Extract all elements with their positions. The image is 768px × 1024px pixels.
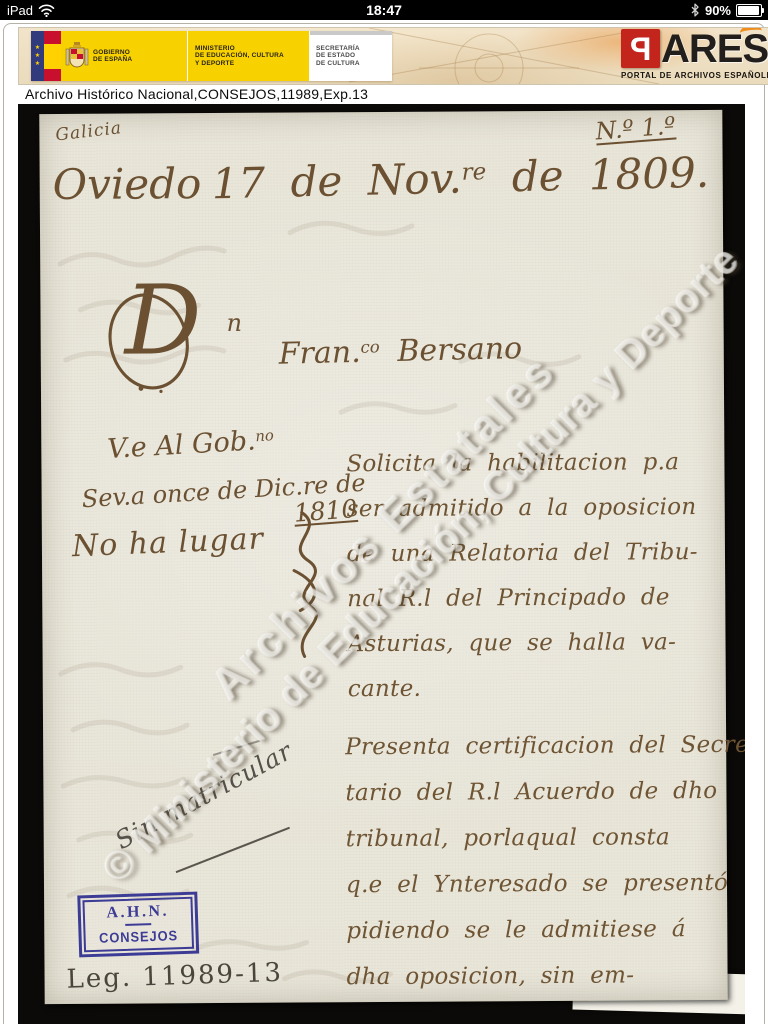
manuscript-line: q.e el Ynteresado se presentó [346, 860, 745, 909]
manuscript-line: Asturias, que se halla va- [347, 620, 698, 667]
ipad-screen: iPad 18:47 90% [0, 0, 768, 1024]
archive-reference-caption: Archivo Histórico Nacional,CONSEJOS,1198… [25, 86, 368, 102]
gray-topbar [310, 31, 392, 35]
manuscript-line: de una Relatoria del Tribu- [347, 530, 698, 577]
manuscript-line: Presenta certificacion del Secre- [345, 722, 745, 771]
gobierno-box: GOBIERNO DE ESPAÑA [61, 31, 188, 81]
stars-strip: ★★★ [31, 31, 44, 81]
stamp-line2: CONSEJOS [99, 927, 178, 946]
coat-of-arms [65, 41, 89, 71]
manuscript-line: dha oposicion, sin em- [346, 952, 745, 1001]
body-paragraph-1: Solicita la habilitacion p.aser admitido… [346, 440, 699, 712]
bluetooth-icon [690, 3, 700, 17]
manuscript-line: ser admitido a la oposicion [347, 485, 698, 532]
stamp-rule [125, 923, 151, 926]
manuscript-page: Galicia N.º 1.º Oviedo 17 de Nov.re de 1… [39, 110, 727, 1004]
manuscript-line: nal R.l del Principado de [347, 575, 698, 622]
manuscript-line: tario del R.l Acuerdo de dho [345, 768, 745, 817]
gobierno-espana-logo[interactable]: ★★★ GOBIERNO DE ESPAÑA [31, 31, 392, 81]
manuscript-line: cante. [348, 665, 699, 712]
orange-tilde-accent [739, 27, 762, 40]
manuscript-line: pidiendo se le admitiese á [346, 906, 745, 955]
pares-p-square: P [621, 29, 660, 68]
gobierno-line1: GOBIERNO [93, 49, 132, 57]
ministerio-line3: Y DEPORTE [195, 60, 284, 68]
gobierno-line2: DE ESPAÑA [93, 56, 132, 64]
ministerio-box: MINISTERIO DE EDUCACIÓN, CULTURA Y DEPOR… [188, 31, 310, 81]
manuscript-scan-viewer[interactable]: Galicia N.º 1.º Oviedo 17 de Nov.re de 1… [18, 104, 745, 1024]
secretaria-box: SECRETARÍA DE ESTADO DE CULTURA [310, 31, 392, 81]
header-banner: ★★★ GOBIERNO DE ESPAÑA [18, 27, 768, 85]
status-bar: iPad 18:47 90% [0, 0, 768, 20]
secretaria-line2: DE ESTADO [316, 52, 360, 60]
body-paragraph-2: Presenta certificacion del Secre-tario d… [345, 722, 745, 1001]
pares-logo[interactable]: P ARES PORTAL DE ARCHIVOS ESPAÑOLES [621, 29, 768, 80]
secretaria-line3: DE CULTURA [316, 60, 360, 68]
pares-subtitle: PORTAL DE ARCHIVOS ESPAÑOLES [621, 71, 768, 80]
addressee-name: Fran.co Bersano [278, 331, 522, 372]
battery-icon [736, 4, 762, 17]
stamp-line1: A.H.N. [95, 902, 181, 923]
reversed-p-glyph: P [630, 33, 651, 65]
addressee-initial-superscript: n [226, 309, 242, 337]
secretaria-line1: SECRETARÍA [316, 45, 360, 53]
manuscript-line: tribunal, porlaqual consta [346, 814, 745, 863]
ahn-stamp: A.H.N. CONSEJOS [77, 892, 199, 958]
manuscript-line: Solicita la habilitacion p.a [346, 440, 697, 487]
spain-flag-strip [44, 31, 61, 81]
battery-percent: 90% [705, 3, 731, 18]
clock: 18:47 [0, 0, 768, 20]
rubric-flourish [274, 510, 345, 660]
dateline-place: Oviedo [53, 159, 202, 209]
ministerio-line2: DE EDUCACIÓN, CULTURA [195, 52, 284, 60]
addressee-initial: D [124, 275, 202, 365]
